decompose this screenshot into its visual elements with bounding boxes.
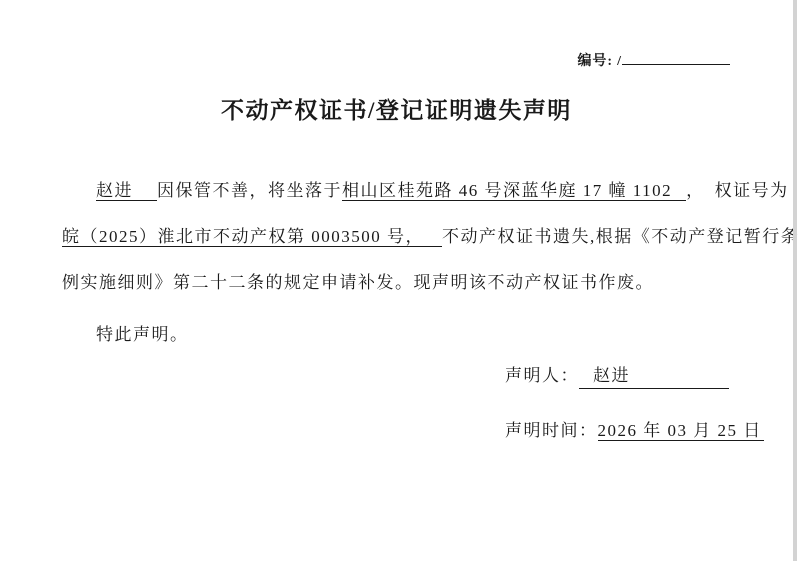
owner-name-field[interactable]: 赵进 [96,181,157,201]
serial-label: 编号: [577,54,613,69]
body-text-1: 因保管不善，将坐落于 [157,181,342,200]
declaration-date-line: 声明时间：2026 年 03 月 25 日 [505,419,764,443]
declarant-name-field[interactable]: 赵进 [579,364,729,389]
declarant-line: 声明人：赵进 [505,364,764,389]
closing-statement: 特此声明。 [62,312,762,358]
signature-block: 声明人：赵进 声明时间：2026 年 03 月 25 日 [505,364,764,443]
body-line-1: 赵进因保管不善，将坐落于相山区桂苑路 46 号深蓝华庭 17 幢 1102， 权… [62,168,762,214]
body-text-3: 不动产权证书遗失,根据《不动产登记暂行条 [442,227,799,246]
certificate-number-field[interactable]: 皖（2025）淮北市不动产权第 0003500 号， [62,227,442,247]
page-edge-strip [793,0,797,561]
document-title: 不动产权证书/登记证明遗失声明 [0,92,793,125]
property-address-field[interactable]: 相山区桂苑路 46 号深蓝华庭 17 幢 1102 [342,181,686,201]
body-line-2: 皖（2025）淮北市不动产权第 0003500 号，不动产权证书遗失,根据《不动… [62,214,762,260]
declarant-label: 声明人： [505,366,579,385]
serial-value: / [617,54,622,69]
declaration-date-field[interactable]: 2026 年 03 月 25 日 [598,421,764,441]
date-label: 声明时间： [505,421,598,440]
body-text-2: ， 权证号为 [686,181,789,200]
body-line-3: 例实施细则》第二十二条的规定申请补发。现声明该不动产权证书作废。 [62,260,762,306]
serial-blank-field[interactable] [622,64,730,65]
serial-number-line: 编号:/ [0,50,730,70]
declaration-body: 赵进因保管不善，将坐落于相山区桂苑路 46 号深蓝华庭 17 幢 1102， 权… [62,168,762,358]
